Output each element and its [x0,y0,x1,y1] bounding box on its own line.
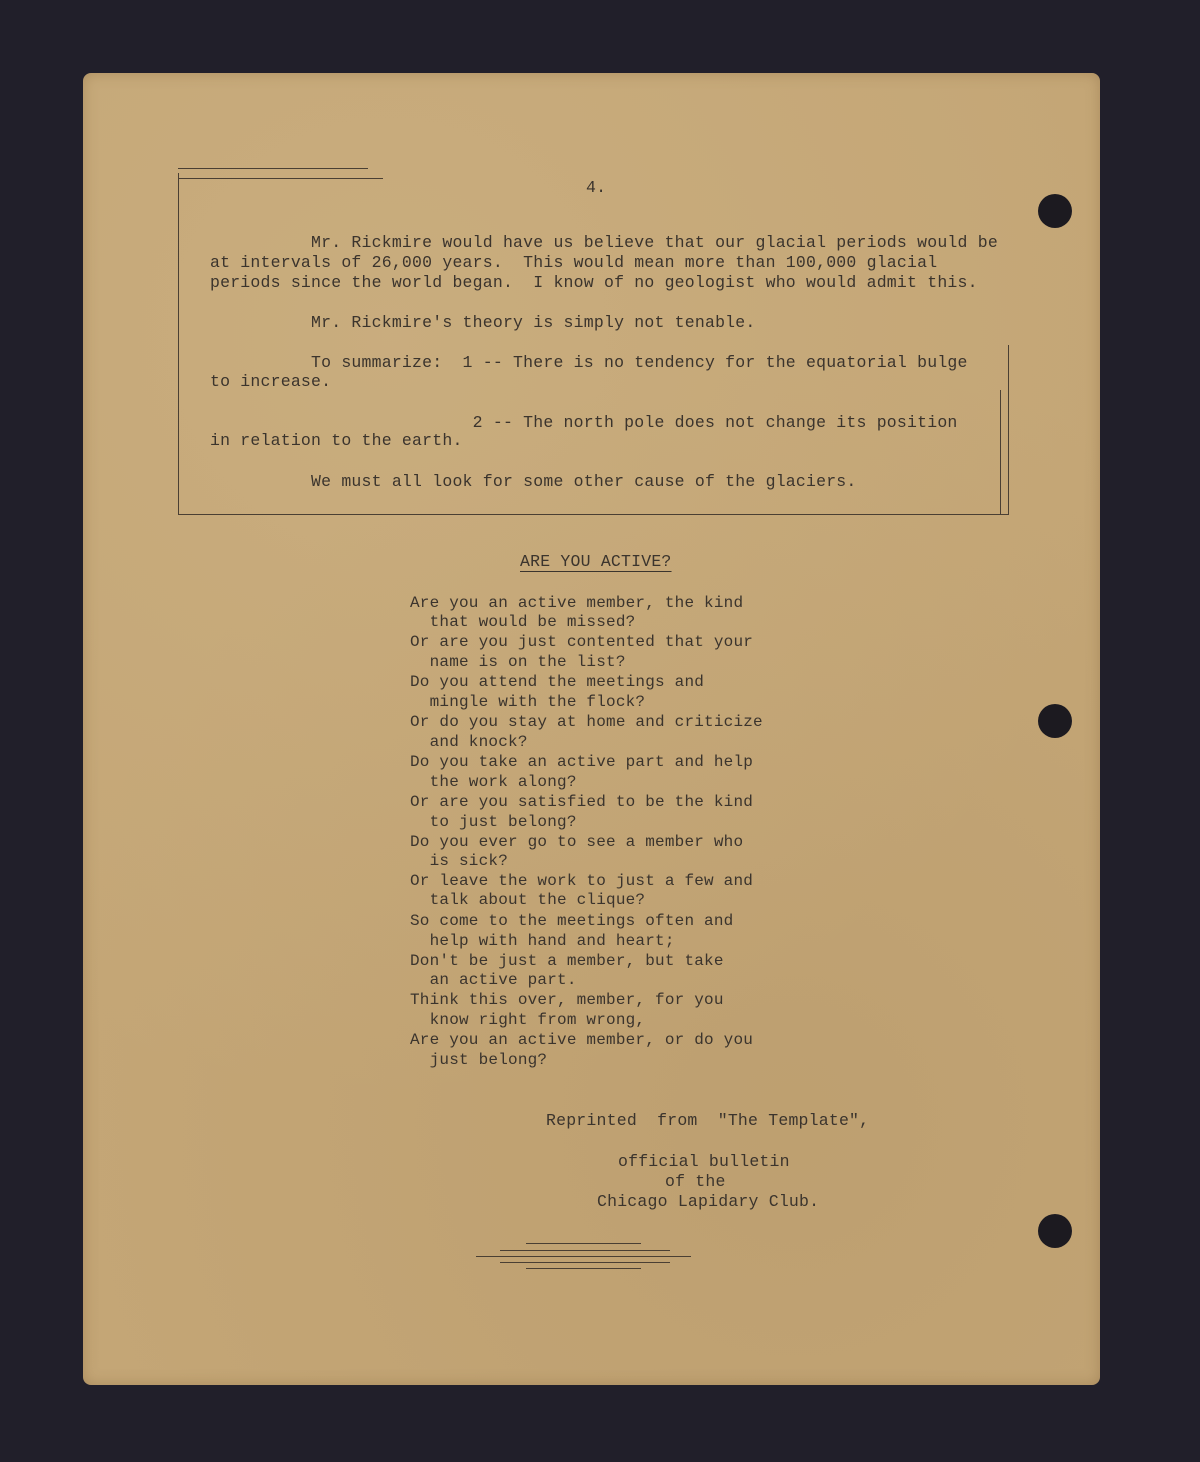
document-page: 4. Mr. Rickmire would have us believe th… [83,73,1100,1385]
box-top-rule-long [178,168,368,169]
poem-line: an active part. [410,970,577,990]
punch-hole-middle [1038,704,1072,738]
poem-line: talk about the clique? [410,890,645,910]
poem-line: Do you attend the meetings and [410,672,704,692]
paragraph-2: Mr. Rickmire's theory is simply not tena… [210,313,756,333]
poem-line: Think this over, member, for you [410,990,724,1010]
closing-rule-4 [500,1262,670,1263]
poem-line: help with hand and heart; [410,931,675,951]
poem-line: is sick? [410,851,508,871]
punch-hole-top [1038,194,1072,228]
poem-line: Do you ever go to see a member who [410,832,743,852]
attribution-of-the: of the [665,1172,726,1192]
poem-line: Are you an active member, or do you [410,1030,753,1050]
attribution-club: Chicago Lapidary Club. [597,1192,819,1212]
poem-line: Or are you satisfied to be the kind [410,792,753,812]
poem-line: to just belong? [410,812,577,832]
poem-line: Or do you stay at home and criticize [410,712,763,732]
poem-line: that would be missed? [410,612,635,632]
point-2-line-2: in relation to the earth. [210,431,463,451]
poem-title: ARE YOU ACTIVE? [520,552,672,572]
poem-line: So come to the meetings often and [410,911,733,931]
punch-hole-bottom [1038,1214,1072,1248]
page-number: 4. [586,178,606,198]
closing-rule-1 [526,1243,641,1244]
poem-line: Or leave the work to just a few and [410,871,753,891]
point-2-line-1: 2 -- The north pole does not change its … [210,413,958,433]
closing-rule-5 [526,1268,641,1269]
box-bottom-rule [178,514,1008,515]
box-top-rule-short [178,178,383,179]
box-right-rule-inner [1000,390,1001,515]
poem-line: mingle with the flock? [410,692,645,712]
poem-line: Or are you just contented that your [410,632,753,652]
paragraph-1-line-1: Mr. Rickmire would have us believe that … [210,233,998,253]
closing-rule-2 [500,1250,670,1251]
paragraph-1-line-3: periods since the world began. I know of… [210,273,978,293]
attribution-bulletin: official bulletin [618,1152,790,1172]
poem-line: and knock? [410,732,528,752]
summary-line-1: To summarize: 1 -- There is no tendency … [210,353,968,373]
box-left-rule [178,173,179,515]
poem-line: Do you take an active part and help [410,752,753,772]
poem-line: the work along? [410,772,577,792]
poem-line: Don't be just a member, but take [410,951,724,971]
poem-line: Are you an active member, the kind [410,593,743,613]
poem-line: know right from wrong, [410,1010,645,1030]
attribution-reprinted: Reprinted from "The Template", [546,1111,869,1131]
poem-line: name is on the list? [410,652,626,672]
closing-rule-3 [476,1256,691,1257]
summary-line-2: to increase. [210,372,331,392]
paragraph-1-line-2: at intervals of 26,000 years. This would… [210,253,937,273]
poem-line: just belong? [410,1050,547,1070]
conclusion: We must all look for some other cause of… [210,472,857,492]
box-right-rule-outer [1008,345,1009,515]
